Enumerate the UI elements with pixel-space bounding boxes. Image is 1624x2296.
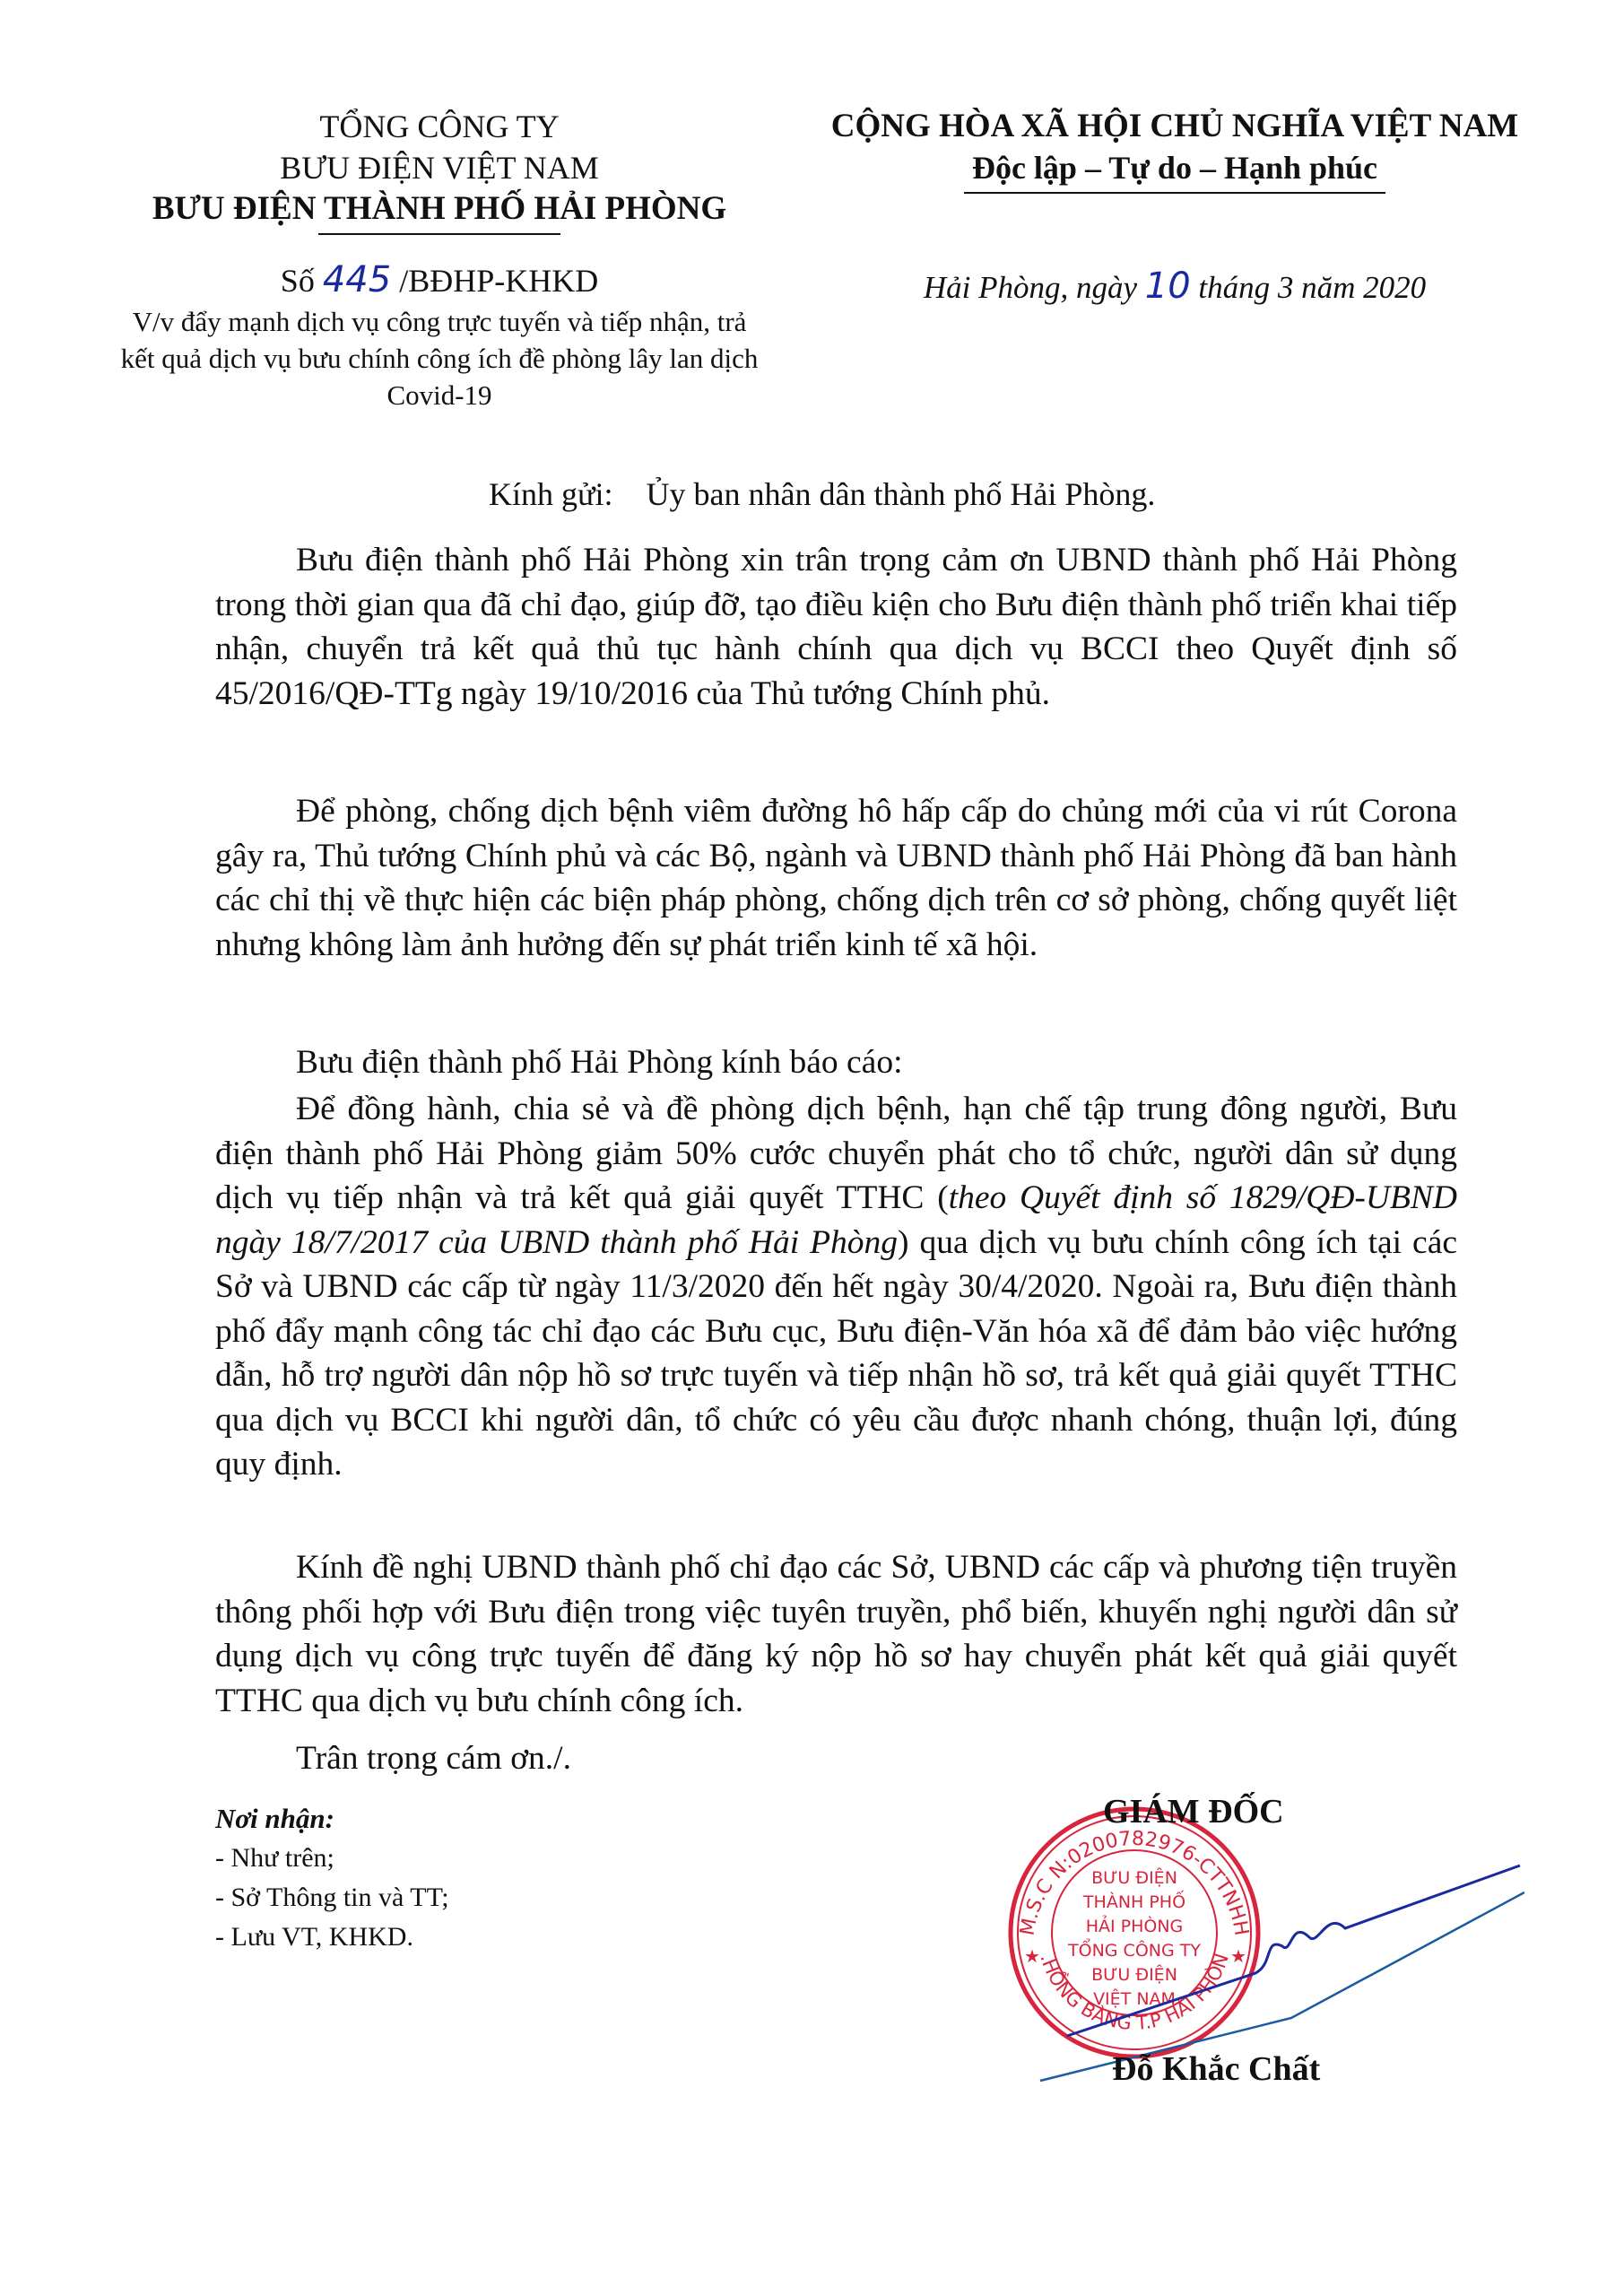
date-suffix: tháng 3 năm 2020 [1198,270,1426,305]
docno-handwritten: 445 [323,259,391,300]
paragraph-text: Để phòng, chống dịch bệnh viêm đường hô … [215,789,1457,967]
body-paragraph-1: Bưu điện thành phố Hải Phòng xin trân tr… [215,538,1457,716]
closing: Trân trọng cám ơn./. [215,1736,1457,1781]
date-prefix: Hải Phòng, ngày [924,270,1137,305]
closing-text: Trân trọng cám ơn./. [215,1736,1457,1781]
recipients-block: Nơi nhận: - Như trên; - Sở Thông tin và … [215,1799,449,1957]
body-paragraph-2: Để phòng, chống dịch bệnh viêm đường hô … [215,789,1457,967]
docno-prefix: Số [281,263,315,299]
document-subject: V/v đẩy mạnh dịch vụ công trực tuyến và … [117,303,762,413]
recipient-item: - Sở Thông tin và TT; [215,1878,449,1918]
paragraph-text: Bưu điện thành phố Hải Phòng xin trân tr… [215,538,1457,716]
body-paragraph-3: Bưu điện thành phố Hải Phòng kính báo cá… [215,1040,1457,1085]
paragraph-text: Bưu điện thành phố Hải Phòng kính báo cá… [215,1040,1457,1085]
recipient-item: - Như trên; [215,1839,449,1878]
org-underline [318,233,560,235]
organization-header: TỔNG CÔNG TY BƯU ĐIỆN VIỆT NAM BƯU ĐIỆN … [117,106,762,235]
recipients-title: Nơi nhận: [215,1799,449,1839]
body-paragraph-5: Kính đề nghị UBND thành phố chỉ đạo các … [215,1545,1457,1723]
paragraph-text: Kính đề nghị UBND thành phố chỉ đạo các … [215,1545,1457,1723]
greeting-label: Kính gửi: [489,476,613,512]
greeting: Kính gửi: Ủy ban nhân dân thành phố Hải … [489,475,1155,513]
date-handwritten-day: 10 [1145,265,1191,307]
national-header: CỘNG HÒA XÃ HỘI CHỦ NGHĨA VIỆT NAM Độc l… [771,106,1578,194]
national-motto: Độc lập – Tự do – Hạnh phúc [771,147,1578,188]
national-title: CỘNG HÒA XÃ HỘI CHỦ NGHĨA VIỆT NAM [771,106,1578,147]
body-paragraph-4: Để đồng hành, chia sẻ và đề phòng dịch b… [215,1087,1457,1487]
org-parent-line2: BƯU ĐIỆN VIỆT NAM [117,147,762,188]
org-parent-line1: TỔNG CÔNG TY [117,106,762,147]
org-name: BƯU ĐIỆN THÀNH PHỐ HẢI PHÒNG [117,188,762,230]
greeting-recipient: Ủy ban nhân dân thành phố Hải Phòng. [647,476,1156,512]
date-line: Hải Phòng, ngày 10 tháng 3 năm 2020 [771,265,1578,307]
signer-name: Đỗ Khắc Chất [1112,2049,1320,2089]
recipient-item: - Lưu VT, KHKD. [215,1918,449,1957]
signer-title: GIÁM ĐỐC [1103,1792,1284,1831]
document-number: Số 445 /BĐHP-KHKD [117,260,762,300]
paragraph-part: ) qua dịch vụ bưu chính công ích tại các… [215,1224,1457,1483]
docno-suffix: /BĐHP-KHKD [399,263,598,299]
paragraph-text: Để đồng hành, chia sẻ và đề phòng dịch b… [215,1087,1457,1487]
motto-underline [964,192,1385,194]
